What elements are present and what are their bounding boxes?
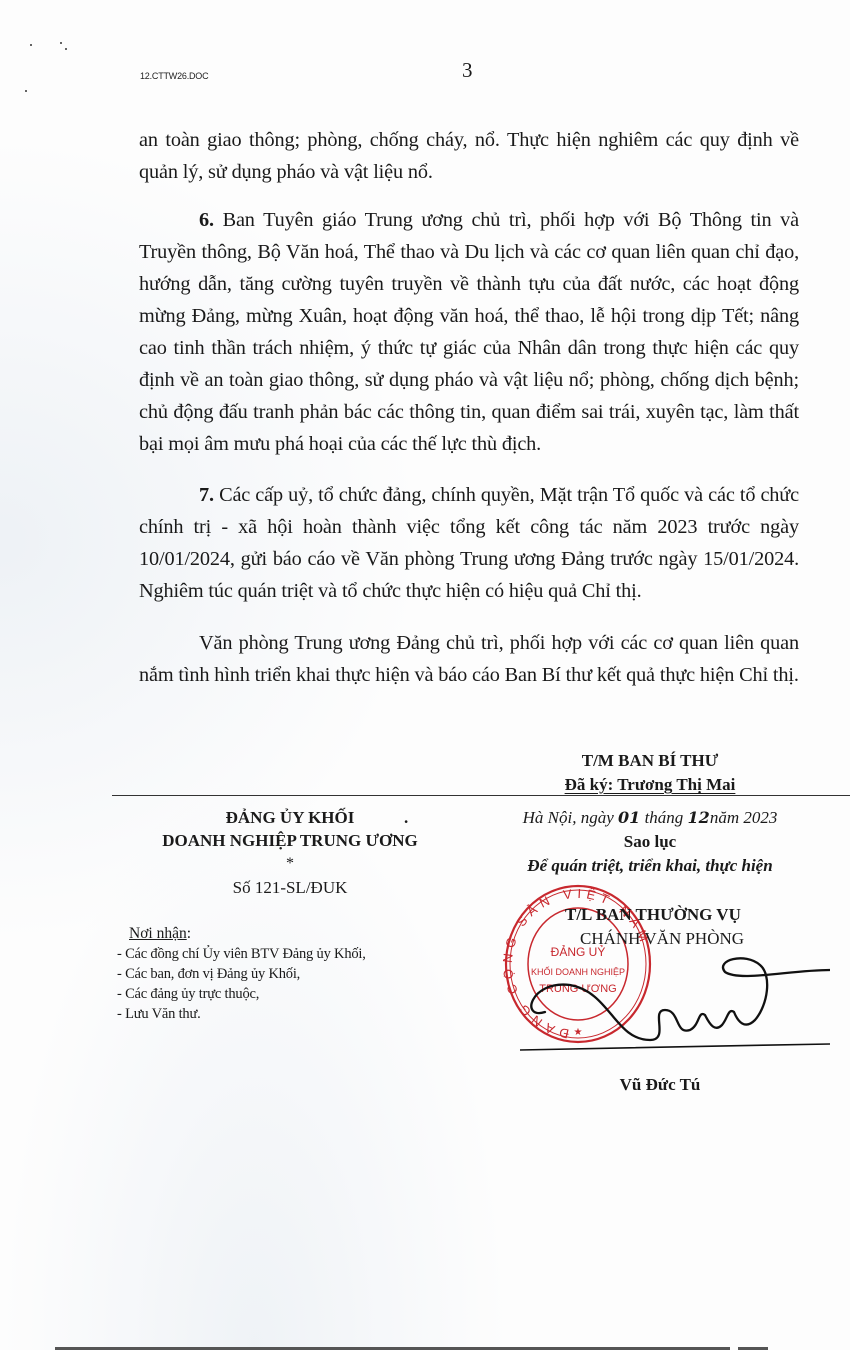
page-number: 3 [462, 58, 473, 83]
scan-speck [60, 42, 62, 44]
sao-luc-label: Sao lục [495, 832, 805, 852]
document-number: Số 121-SL/ĐUK [110, 878, 470, 898]
paragraph-closing: Văn phòng Trung ương Đảng chủ trì, phối … [139, 627, 799, 691]
purpose-line: Để quán triệt, triển khai, thực hiện [495, 856, 805, 876]
scan-speck [30, 44, 32, 46]
svg-text:TRUNG ƯƠNG: TRUNG ƯƠNG [539, 983, 617, 995]
recipients-block: Nơi nhận: Các đồng chí Ủy viên BTV Đảng … [117, 924, 366, 1024]
original-signed-by: Đã ký: Trương Thị Mai [500, 775, 800, 795]
separator-line [112, 795, 850, 796]
recipient-item: Các ban, đơn vị Đảng ủy Khối, [117, 964, 366, 984]
closing-text: Văn phòng Trung ương Đảng chủ trì, phối … [139, 627, 799, 691]
recipients-header: Nơi nhận [117, 925, 187, 942]
recipient-item: Các đảng ủy trực thuộc, [117, 984, 366, 1004]
paragraph-continued: an toàn giao thông; phòng, chống cháy, n… [139, 124, 799, 188]
item-text: Ban Tuyên giáo Trung ương chủ trì, phối … [139, 209, 799, 455]
recipient-item: Lưu Văn thư. [117, 1004, 366, 1024]
scan-speck [25, 90, 27, 92]
position-label: CHÁNH VĂN PHÒNG [535, 929, 850, 949]
scan-dot: . [404, 808, 408, 828]
date-prefix: Hà Nội, ngày [523, 808, 618, 827]
recipients-header-colon: : [187, 925, 191, 942]
handwritten-signature-icon [500, 940, 830, 1055]
svg-text:★: ★ [574, 1027, 583, 1038]
paragraph-item-7: 7. Các cấp uỷ, tổ chức đảng, chính quyền… [139, 479, 799, 607]
date-month-label: tháng [640, 808, 687, 827]
signer-name: Vũ Đức Tú [520, 1075, 800, 1095]
original-signer-title: T/M BAN BÍ THƯ [500, 751, 800, 771]
item-number: 6. [199, 209, 214, 231]
svg-text:KHỐI DOANH NGHIỆP: KHỐI DOANH NGHIỆP [531, 966, 625, 977]
issuer-org-line1: ĐẢNG ỦY KHỐI [110, 808, 470, 828]
date-line: Hà Nội, ngày 01 tháng 12năm 2023 [495, 808, 805, 828]
on-behalf-label: T/L BAN THƯỜNG VỤ [535, 905, 850, 925]
document-code: 12.CTTW26.DOC [140, 71, 208, 81]
date-month: 12 [688, 808, 710, 827]
item-text: Các cấp uỷ, tổ chức đảng, chính quyền, M… [139, 484, 799, 602]
issuer-org-line2: DOANH NGHIỆP TRUNG ƯƠNG [110, 831, 470, 851]
recipient-item: Các đồng chí Ủy viên BTV Đảng ủy Khối, [117, 944, 366, 964]
scan-speck [65, 48, 67, 50]
issuer-star: * [110, 855, 470, 873]
date-day: 01 [618, 808, 640, 827]
paragraph-text: an toàn giao thông; phòng, chống cháy, n… [139, 124, 799, 188]
date-year: năm 2023 [710, 808, 778, 827]
item-number: 7. [199, 484, 214, 506]
paragraph-item-6: 6. Ban Tuyên giáo Trung ương chủ trì, ph… [139, 204, 799, 460]
